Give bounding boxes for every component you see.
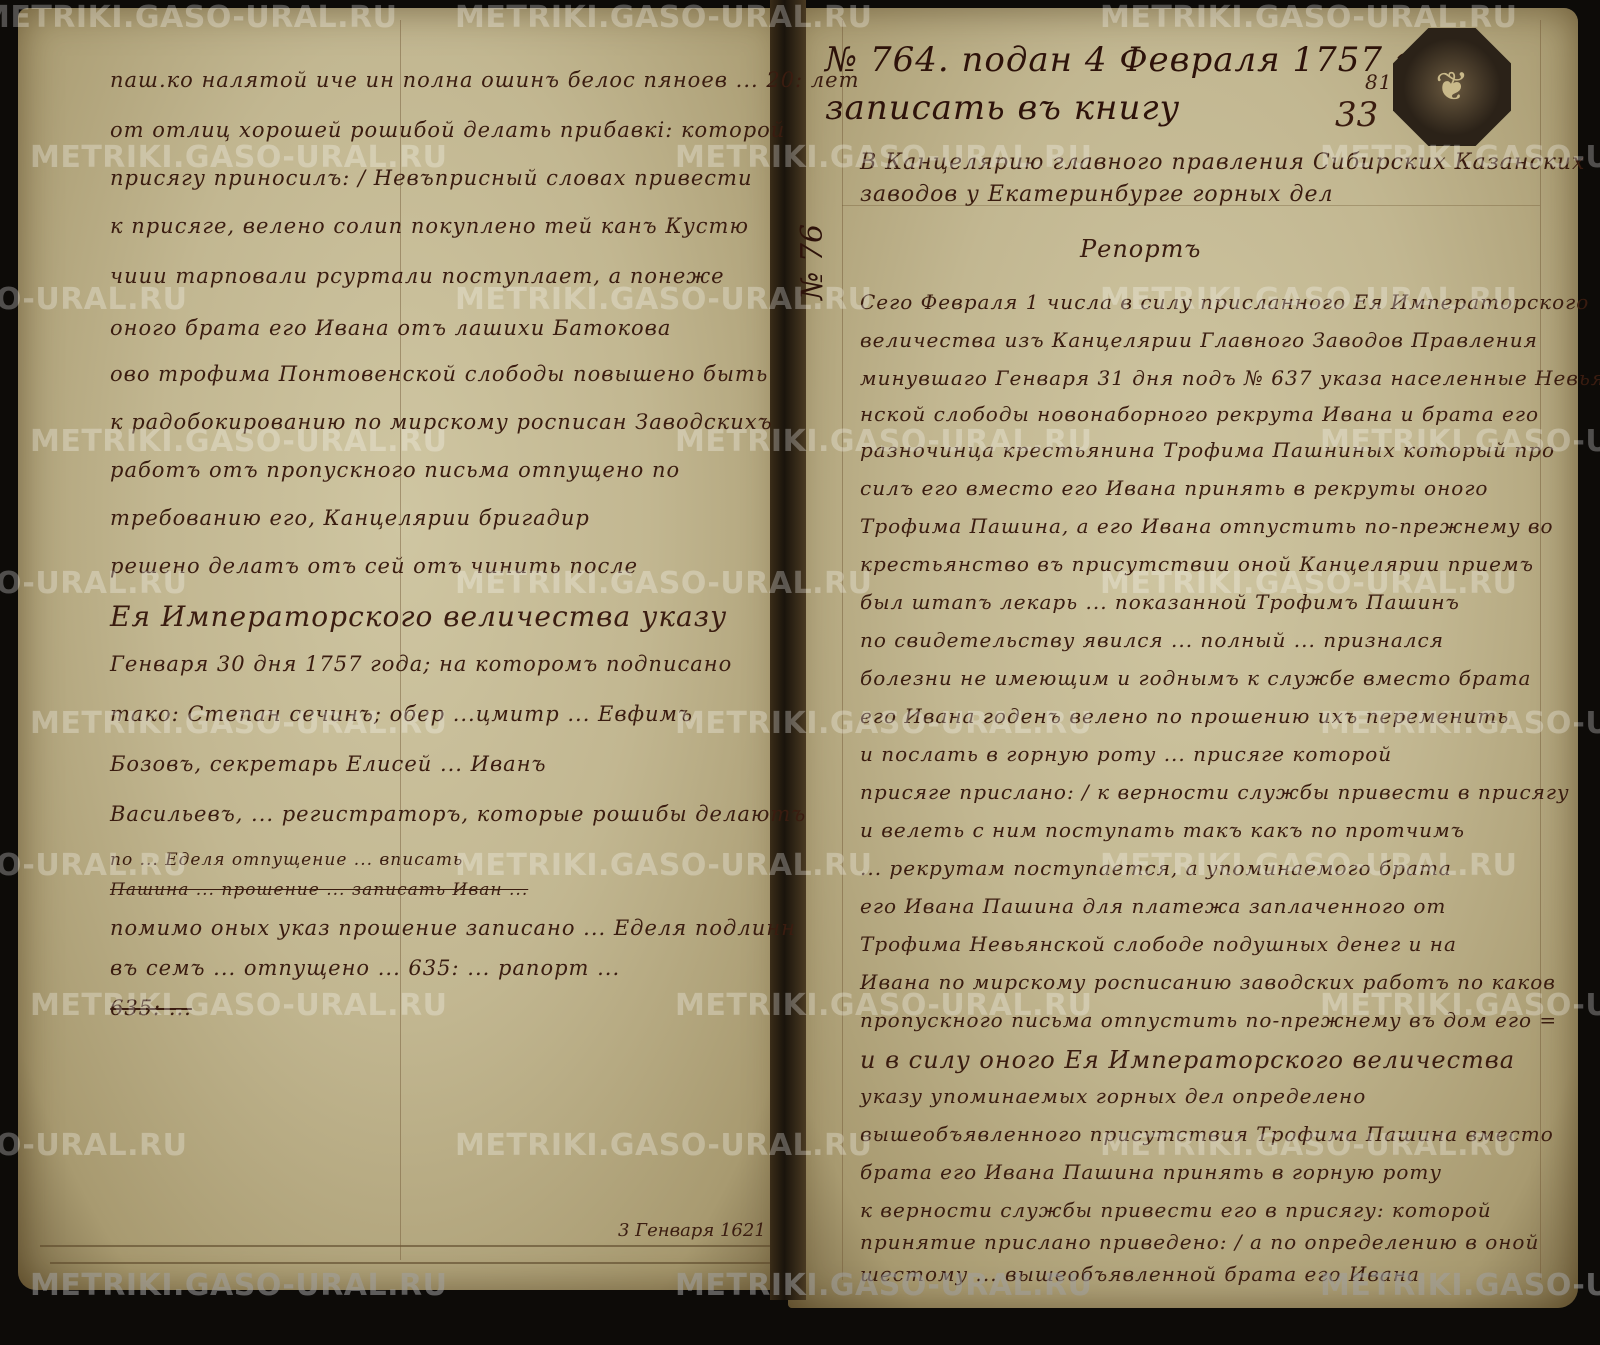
left-margin-line	[400, 20, 401, 1260]
record-header-line-2: записать въ книгу	[825, 88, 1180, 128]
left-line-19: помимо оных указ прошение записано ... Е…	[110, 916, 796, 940]
page-edge	[40, 1245, 770, 1247]
left-line-2: от отлиц хорошей рошибой делать прибавкi…	[110, 118, 785, 142]
left-line-9: работъ отъ пропускного письма отпущено п…	[110, 458, 680, 482]
document-subtitle: Репортъ	[1080, 235, 1201, 263]
folio-mark: 81	[1365, 70, 1392, 94]
right-line-19: Ивана по мирскому росписанию заводских р…	[860, 970, 1556, 994]
left-line-17: по ... Еделя отпущение ... вписать	[110, 850, 463, 870]
left-line-21: 635: ...	[110, 996, 192, 1020]
right-line-22: указу упоминаемых горных дел определено	[860, 1084, 1366, 1108]
left-page	[18, 8, 788, 1290]
right-line-5: разночинца крестьянина Трофима Пашниных …	[860, 438, 1555, 462]
right-line-15: и велеть с ним поступать такъ какъ по пр…	[860, 818, 1465, 842]
right-line-6: силъ его вместо его Ивана принять в рекр…	[860, 476, 1488, 500]
right-line-10: по свидетельству явился ... полный ... п…	[860, 628, 1444, 652]
right-line-13: и послать в горную роту ... присяге кото…	[860, 742, 1392, 766]
left-line-1: паш.ко налятой иче ин полна ошинъ белос …	[110, 68, 860, 92]
addressee-line-1: В Канцелярию главного правления Сибирски…	[860, 150, 1585, 175]
left-line-13: Генваря 30 дня 1757 года; на которомъ по…	[110, 652, 732, 676]
left-line-20: въ семъ ... отпущено ... 635: ... рапорт…	[110, 956, 620, 980]
left-line-5: чиии тарповали рсуртали поступлает, а по…	[110, 264, 725, 288]
left-line-15: Бозовъ, секретарь Елисей ... Иванъ	[110, 752, 547, 776]
right-line-9: был штапъ лекарь ... показанной Трофимъ …	[860, 590, 1460, 614]
right-line-18: Трофима Невьянской слободе подушных дене…	[860, 932, 1457, 956]
right-margin-line-left	[842, 20, 843, 1280]
bottom-note: 3 Генваря 1621	[618, 1220, 766, 1241]
right-line-26: принятие прислано приведено: / а по опре…	[860, 1230, 1539, 1254]
left-line-16: Васильевъ, ... регистраторъ, которые рош…	[110, 802, 806, 826]
right-line-14: присяге прислано: / к верности службы пр…	[860, 780, 1570, 804]
addressee-line-2: заводов у Екатеринбурге горных дел	[860, 182, 1333, 207]
right-line-17: его Ивана Пашина для платежа заплаченног…	[860, 894, 1446, 918]
right-line-4: нской слободы новонаборного рекрута Иван…	[860, 402, 1539, 426]
right-line-2: величества изъ Канцелярии Главного Завод…	[860, 328, 1538, 352]
right-line-27: шестому ... вышеобъявленной брата его Ив…	[860, 1262, 1420, 1286]
book-gutter	[770, 0, 806, 1300]
left-line-18: Пашина ... прошение ... записать Иван ..…	[110, 880, 528, 900]
right-line-23: вышеобъявленного присутствия Трофима Паш…	[860, 1122, 1554, 1146]
left-line-12: Ея Императорского величества указу	[110, 600, 727, 633]
page-edge	[50, 1262, 770, 1264]
right-line-12: его Ивана годенъ велено по прошению ихъ …	[860, 704, 1509, 728]
left-line-3: присягу приносилъ: / Невъприсный словах …	[110, 166, 752, 190]
right-line-11: болезни не имеющим и годнымъ к службе вм…	[860, 666, 1531, 690]
right-line-20: пропускного письма отпустить по-прежнему…	[860, 1008, 1557, 1032]
right-margin-line-right	[1540, 20, 1541, 1280]
margin-note: № 76	[795, 224, 830, 300]
left-line-11: решено делатъ отъ сей отъ чинить после	[110, 554, 638, 578]
left-line-7: ово трофима Понтовенской слободы повышен…	[110, 362, 768, 386]
right-line-21: и в силу оного Ея Императорского величес…	[860, 1046, 1515, 1074]
right-line-7: Трофима Пашина, а его Ивана отпустить по…	[860, 514, 1554, 538]
left-line-14: тако: Степан сечинъ; обер ...цмитр ... Е…	[110, 702, 693, 726]
left-line-4: к присяге, велено солип покуплено тей ка…	[110, 214, 749, 238]
left-line-10: требованию его, Канцелярии бригадир	[110, 506, 590, 530]
folio-number: 33	[1335, 95, 1378, 135]
right-line-25: к верности службы привести его в присягу…	[860, 1198, 1492, 1222]
left-line-6: оного брата его Ивана отъ лашихи Батоков…	[110, 316, 671, 340]
right-line-24: брата его Ивана Пашина принять в горную …	[860, 1160, 1442, 1184]
right-line-8: крестьянство въ присутствии оной Канцеля…	[860, 552, 1534, 576]
right-line-16: ... рекрутам поступается, а упоминаемого…	[860, 856, 1452, 880]
eagle-emblem-icon: ❦	[1403, 38, 1501, 136]
right-line-1: Сего Февраля 1 числа в силу присланного …	[860, 290, 1589, 314]
left-line-8: к радобокированию по мирскому росписан З…	[110, 410, 773, 434]
right-line-3: минувшаго Генваря 31 дня подъ № 637 указ…	[860, 366, 1600, 390]
